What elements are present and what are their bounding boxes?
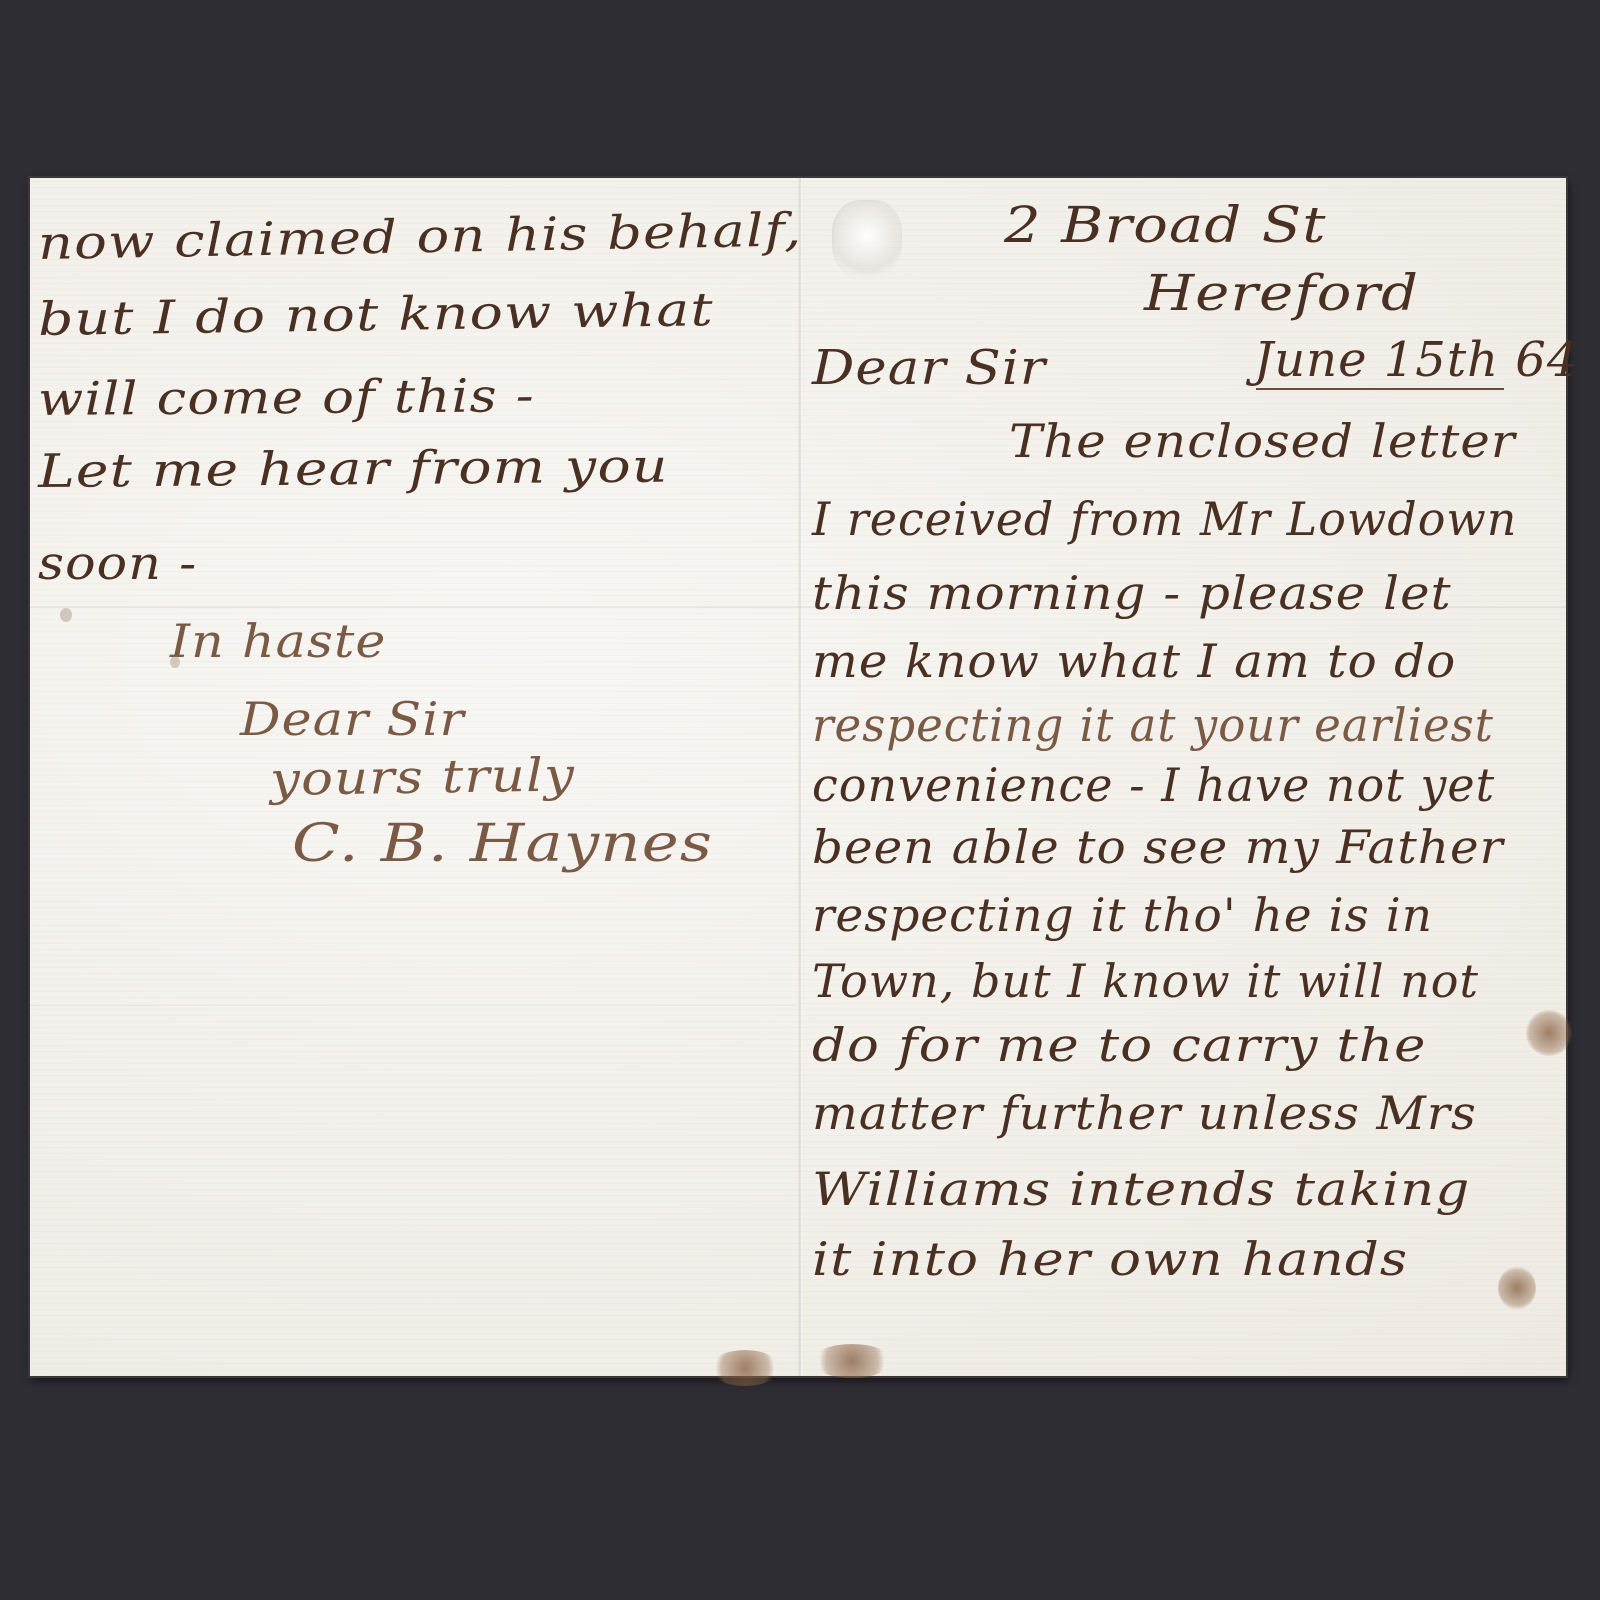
signature: C. B. Haynes <box>292 818 713 870</box>
body-line-9: Town, but I know it will not <box>812 958 1479 1004</box>
embossed-stamp <box>832 200 902 280</box>
body-line-10: do for me to carry the <box>812 1022 1427 1068</box>
valediction-in-haste: In haste <box>170 618 386 664</box>
body-line-8: respecting it tho' he is in <box>812 892 1433 938</box>
ink-speck <box>60 608 72 622</box>
body-line-12: Williams intends taking <box>812 1166 1470 1212</box>
body-line-2: I received from Mr Lowdown <box>812 496 1517 542</box>
salutation: Dear Sir <box>812 344 1046 392</box>
body-line-11: matter further unless Mrs <box>812 1090 1477 1136</box>
body-line-5: respecting it at your earliest <box>812 702 1494 748</box>
body-line-3: this morning - please let <box>812 570 1452 616</box>
valediction-yours-truly: yours truly <box>270 751 576 802</box>
left-line-3: will come of this - <box>38 372 535 422</box>
body-line-4: me know what I am to do <box>812 638 1456 684</box>
ink-speck <box>170 656 180 668</box>
ink-stain <box>1526 1010 1572 1056</box>
address-line-1: 2 Broad St <box>1004 200 1327 250</box>
address-line-2: Hereford <box>1144 268 1419 318</box>
left-page: now claimed on his behalf, but I do not … <box>30 178 798 1376</box>
left-line-1: now claimed on his behalf, <box>37 206 802 266</box>
letter-sheet: now claimed on his behalf, but I do not … <box>30 178 1566 1376</box>
ink-stain <box>812 1344 892 1378</box>
body-line-6: convenience - I have not yet <box>812 762 1495 808</box>
body-line-7: been able to see my Father <box>812 824 1504 870</box>
ink-stain <box>1498 1266 1536 1310</box>
body-line-13: it into her own hands <box>812 1236 1408 1282</box>
valediction-dear-sir: Dear Sir <box>240 696 465 742</box>
left-line-2: but I do not know what <box>38 286 715 342</box>
left-line-4: Let me hear from you <box>38 442 669 494</box>
right-page: 2 Broad St Hereford June 15th 64 Dear Si… <box>804 178 1566 1376</box>
body-line-1: The enclosed letter <box>1009 418 1516 464</box>
date-underline <box>1256 388 1504 390</box>
left-line-5: soon - <box>38 540 197 586</box>
letter-date: June 15th 64 <box>1254 336 1578 384</box>
ink-stain <box>710 1350 780 1386</box>
